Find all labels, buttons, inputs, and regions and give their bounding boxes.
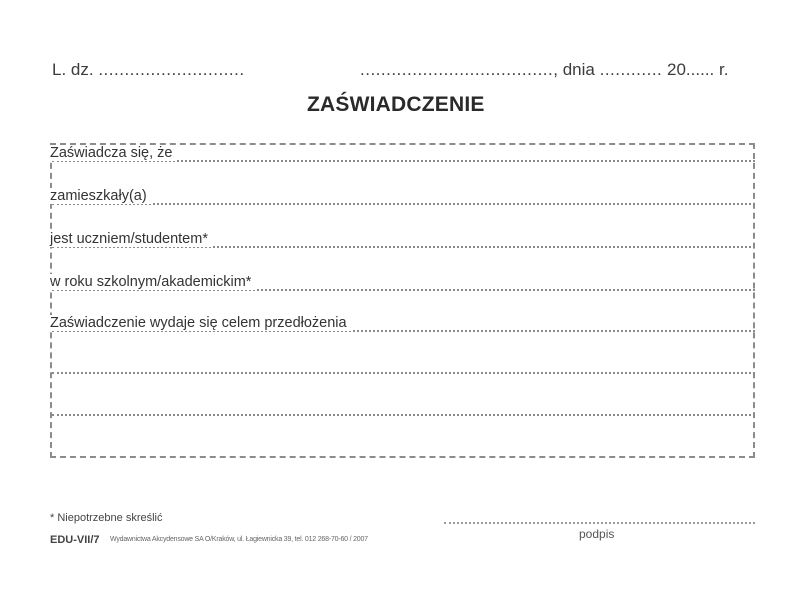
row-line[interactable] — [52, 372, 755, 374]
form-code: EDU-VII/7 — [50, 534, 100, 546]
document-title: ZAŚWIADCZENIE — [307, 93, 485, 117]
row-label-school-year: w roku szkolnym/akademickim* — [50, 274, 255, 290]
row-line[interactable] — [52, 203, 755, 205]
reference-number-field[interactable]: L. dz. ............................ — [52, 60, 245, 80]
row-label-student: jest uczniem/studentem* — [50, 231, 212, 247]
publisher-info: Wydawnictwa Akcydensowe SA O/Kraków, ul.… — [110, 536, 368, 543]
year-prefix: 20...... — [667, 60, 714, 79]
row-label-certifies: Zaświadcza się, że — [50, 145, 177, 161]
footnote: * Niepotrzebne skreślić — [50, 512, 163, 524]
row-line[interactable] — [52, 414, 755, 416]
form-box — [50, 143, 755, 458]
row-label-residence: zamieszkały(a) — [50, 188, 151, 204]
signature-label: podpis — [579, 527, 614, 541]
year-suffix: r. — [719, 60, 728, 79]
reference-label: L. dz. — [52, 60, 94, 79]
place-dots: ..................................... — [360, 60, 553, 79]
reference-dots: ............................ — [98, 60, 244, 79]
signature-line[interactable] — [444, 522, 755, 524]
date-dots: ............ — [600, 60, 663, 79]
row-label-purpose: Zaświadczenie wydaje się celem przedłoże… — [50, 315, 351, 331]
date-label: , dnia — [553, 60, 595, 79]
place-date-field[interactable]: ....................................., d… — [360, 60, 728, 80]
